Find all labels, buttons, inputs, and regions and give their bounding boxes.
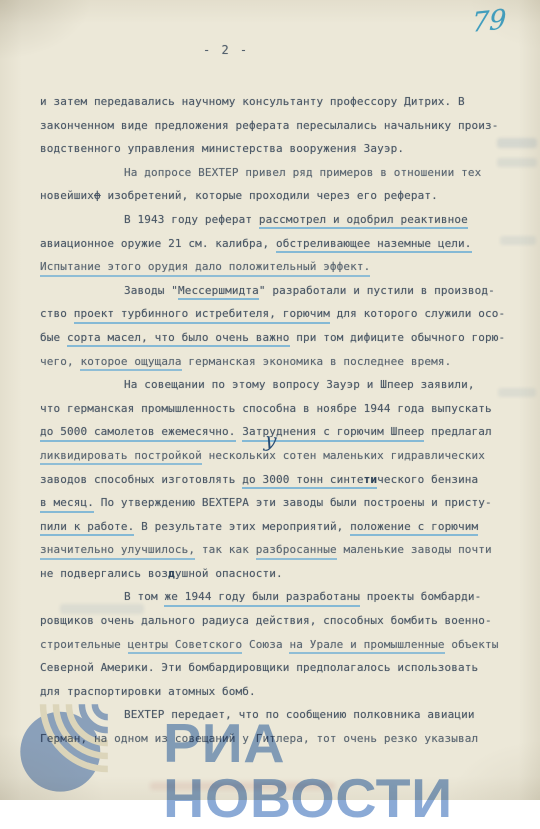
typed-line: значительно улучшилось, так как разброса… (40, 538, 518, 562)
page-number: - 2 - (203, 43, 249, 57)
typed-line: что германская промышленность способна в… (40, 397, 518, 421)
typed-line: В 1943 году реферат рассмотрел и одобрил… (40, 208, 518, 232)
typed-line: ликвидировать постройкой нескольких соте… (40, 444, 518, 468)
typed-line: В том же 1944 году были разработаны прое… (40, 585, 518, 609)
document-page: 79 - 2 - и затем передавались научному к… (0, 0, 540, 800)
typed-line: в месяц. По утверждению ВЕХТЕРА эти заво… (40, 491, 518, 515)
typed-line: законченном виде предложения реферата пе… (40, 114, 518, 138)
typed-line: не подвергались воздушной опасности. (40, 562, 518, 586)
typed-line: Испытание этого орудия дало положительны… (40, 255, 518, 279)
typed-line: На совещании по этому вопросу Зауэр и Шп… (40, 373, 518, 397)
typed-line: Герман, на одном из совещаний у Гитлера,… (40, 727, 518, 751)
folio-number: 79 (472, 4, 507, 39)
typed-line: водственного управления министерства воо… (40, 137, 518, 161)
typed-line: для траспортировки атомных бомб. (40, 680, 518, 704)
typed-line: авиационное оружие 21 см. калибра, обстр… (40, 232, 518, 256)
typed-line: На допросе ВЕХТЕР привел ряд примеров в … (40, 161, 518, 185)
typed-line: Северной Америки. Эти бомбардировщики пр… (40, 656, 518, 680)
typed-line: новейшихф изобретений, которые проходили… (40, 184, 518, 208)
typed-line: пили к работе. В результате этих меропри… (40, 515, 518, 539)
typed-line: Заводы "Мессершмидта" разработали и пуст… (40, 279, 518, 303)
typed-line: ство проект турбинного истребителя, горю… (40, 302, 518, 326)
typed-line: до 5000 самолетов ежемесячно. Затруднени… (40, 420, 518, 444)
typed-line: чего, которое ощущала германская экономи… (40, 350, 518, 374)
typed-line: ВЕХТЕР передает, что по сообщению полков… (40, 703, 518, 727)
typed-line: бые сорта масел, что было очень важно пр… (40, 326, 518, 350)
typed-line: ровщиков очень дального радиуса действия… (40, 609, 518, 633)
typed-line: и затем передавались научному консультан… (40, 90, 518, 114)
typed-line: заводов способных изготовлять до 3000 то… (40, 468, 518, 492)
ghost-text-smudge (150, 782, 335, 790)
typed-line: строительные центры Советского Союза на … (40, 633, 518, 657)
document-text: и затем передавались научному консультан… (40, 90, 518, 751)
